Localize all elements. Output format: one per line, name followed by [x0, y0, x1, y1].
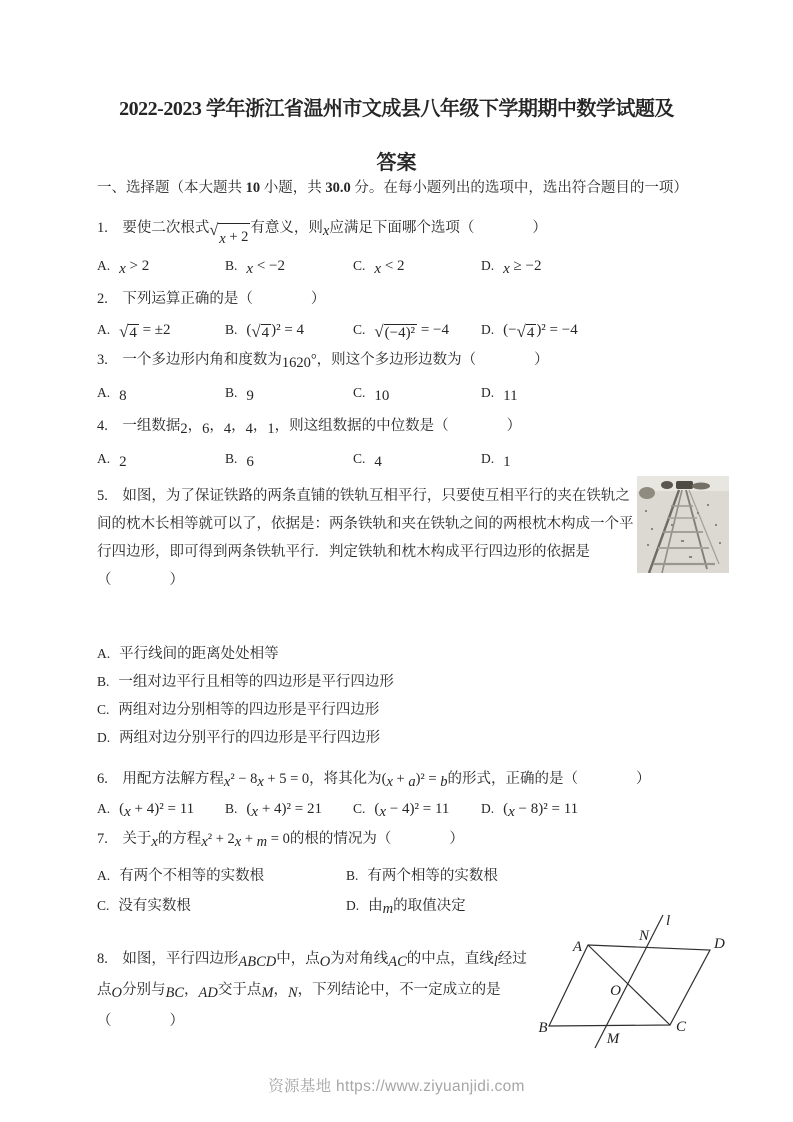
- q7-option-a: A.有两个不相等的实数根: [97, 864, 346, 885]
- option-label: D.: [481, 801, 494, 817]
- q1-option-a: A.x > 2: [97, 258, 225, 275]
- railway-tracks-photo: [637, 476, 729, 573]
- q5-options: A.平行线间的距离处处相等 B.一组对边平行且相等的四边形是平行四边形 C.两组…: [97, 644, 663, 748]
- option-label: C.: [353, 451, 365, 467]
- option-label: D.: [481, 258, 494, 274]
- q3-option-c: C.10: [353, 385, 481, 402]
- option-label: C.: [97, 898, 109, 914]
- option-text: 10: [374, 385, 389, 402]
- option-label: A.: [97, 451, 110, 467]
- option-label: A.: [97, 385, 110, 401]
- q5-stem: 5. 如图，为了保证铁路的两条直铺的铁轨互相平行，只要使互相平行的夹在铁轨之 间…: [97, 482, 663, 594]
- option-text: 两组对边分别相等的四边形是平行四边形: [118, 701, 379, 720]
- q3-options: A.8 B.9 C.10 D.11: [97, 385, 663, 402]
- q5-stem-line: （ ）: [97, 566, 663, 594]
- q3-option-a: A.8: [97, 385, 225, 402]
- option-label: B.: [225, 258, 237, 274]
- option-text: 一组对边平行且相等的四边形是平行四边形: [118, 673, 394, 692]
- option-label: C.: [353, 258, 365, 274]
- q7-stem: 7. 关于x的方程x² + 2x + m = 0的根的情况为（ ）: [97, 826, 663, 852]
- q1-stem: 1. 要使二次根式√x + 2有意义，则x应满足下面哪个选项（ ）: [97, 215, 663, 247]
- option-text: 11: [503, 385, 517, 402]
- option-label: A.: [97, 801, 110, 817]
- q2-option-d: D.(−√4)² = −4: [481, 320, 609, 339]
- option-text: 2: [119, 451, 127, 468]
- option-text: (x + 4)² = 11: [119, 801, 194, 818]
- line-l: [595, 915, 663, 1048]
- option-text: 8: [119, 385, 127, 402]
- option-label: B.: [97, 672, 109, 691]
- title-line-1: 2022-2023 学年浙江省温州市文成县八年级下学期期中数学试题及: [0, 92, 793, 121]
- option-label: B.: [225, 322, 237, 338]
- q4-options: A.2 B.6 C.4 D.1: [97, 451, 663, 468]
- vertex-label-b: B: [538, 1020, 547, 1036]
- option-text: 4: [374, 451, 382, 468]
- point-label-o: O: [610, 983, 621, 999]
- option-label: C.: [353, 322, 365, 338]
- q4-option-d: D.1: [481, 451, 609, 468]
- option-label: B.: [225, 801, 237, 817]
- vertex-label-c: C: [676, 1019, 687, 1035]
- q5-stem-line: 5. 如图，为了保证铁路的两条直铺的铁轨互相平行，只要使互相平行的夹在铁轨之: [97, 482, 663, 510]
- q6-option-b: B.(x + 4)² = 21: [225, 801, 353, 818]
- option-text: 两组对边分别平行的四边形是平行四边形: [119, 729, 380, 748]
- option-text: 6: [246, 451, 254, 468]
- option-label: C.: [353, 385, 365, 401]
- q1-option-d: D.x ≥ −2: [481, 258, 609, 275]
- q3-option-b: B.9: [225, 385, 353, 402]
- q5-stem-line: 间的枕木长相等就可以了，依据是：两条铁轨和夹在铁轨之间的两根枕木构成一个平: [97, 510, 663, 538]
- option-text: 没有实数根: [118, 894, 191, 915]
- q2-option-b: B.(√4)² = 4: [225, 320, 353, 339]
- q5-option-c: C.两组对边分别相等的四边形是平行四边形: [97, 700, 663, 720]
- option-text: (x − 4)² = 11: [374, 801, 449, 818]
- q4-option-a: A.2: [97, 451, 225, 468]
- diagonal-ac: [588, 945, 670, 1025]
- option-label: D.: [481, 385, 494, 401]
- option-text: (−√4)² = −4: [503, 320, 578, 339]
- q4-option-c: C.4: [353, 451, 481, 468]
- option-text: 有两个不相等的实数根: [119, 864, 264, 885]
- q4-option-b: B.6: [225, 451, 353, 468]
- q4-stem: 4. 一组数据2，6，4，4，1，则这组数据的中位数是（ ）: [97, 413, 663, 439]
- title-line-2: 答案: [0, 146, 793, 175]
- option-text: (x − 8)² = 11: [503, 801, 578, 818]
- option-text: 平行线间的距离处处相等: [119, 645, 279, 664]
- option-label: B.: [225, 451, 237, 467]
- q8-parallelogram-figure: A N l D O B M C: [533, 896, 785, 1074]
- option-text: √4 = ±2: [119, 320, 170, 339]
- option-label: D.: [481, 322, 494, 338]
- q1-options: A.x > 2 B.x < −2 C.x < 2 D.x ≥ −2: [97, 258, 663, 275]
- option-text: x ≥ −2: [503, 258, 541, 275]
- q6-option-a: A.(x + 4)² = 11: [97, 801, 225, 818]
- vertex-label-d: D: [713, 936, 725, 952]
- q7-option-c: C.没有实数根: [97, 894, 346, 915]
- footer-watermark: 资源基地 https://www.ziyuanjidi.com: [0, 1074, 793, 1096]
- q1-option-b: B.x < −2: [225, 258, 353, 275]
- q3-stem: 3. 一个多边形内角和度数为1620°，则这个多边形边数为（ ）: [97, 347, 663, 373]
- option-label: A.: [97, 258, 110, 274]
- point-label-n: N: [638, 928, 650, 944]
- q5-stem-line: 行四边形，即可得到两条铁轨平行．判定铁轨和枕木构成平行四边形的依据是: [97, 538, 663, 566]
- section-header: 一、选择题（本大题共 10 小题，共 30.0 分。在每小题列出的选项中，选出符…: [97, 178, 663, 198]
- q6-option-d: D.(x − 8)² = 11: [481, 801, 609, 818]
- point-label-m: M: [606, 1031, 621, 1047]
- q5-option-d: D.两组对边分别平行的四边形是平行四边形: [97, 728, 663, 748]
- option-label: B.: [225, 385, 237, 401]
- option-label: A.: [97, 868, 110, 884]
- option-text: √(−4)² = −4: [374, 320, 449, 339]
- line-label-l: l: [666, 913, 670, 929]
- option-text: 9: [246, 385, 254, 402]
- option-label: B.: [346, 868, 358, 884]
- q7-option-b: B.有两个相等的实数根: [346, 864, 595, 885]
- option-text: (√4)² = 4: [246, 320, 304, 339]
- q2-option-c: C.√(−4)² = −4: [353, 320, 481, 339]
- option-label: A.: [97, 644, 110, 663]
- q5-option-a: A.平行线间的距离处处相等: [97, 644, 663, 664]
- option-text: 由m的取值决定: [368, 894, 465, 915]
- option-text: x < 2: [374, 258, 404, 275]
- option-label: D.: [346, 898, 359, 914]
- q6-option-c: C.(x − 4)² = 11: [353, 801, 481, 818]
- exam-document-page: 2022-2023 学年浙江省温州市文成县八年级下学期期中数学试题及 答案 一、…: [0, 0, 793, 1122]
- option-label: A.: [97, 322, 110, 338]
- q1-option-c: C.x < 2: [353, 258, 481, 275]
- option-label: D.: [97, 728, 110, 747]
- q2-option-a: A.√4 = ±2: [97, 320, 225, 339]
- q5-option-b: B.一组对边平行且相等的四边形是平行四边形: [97, 672, 663, 692]
- q2-options: A.√4 = ±2 B.(√4)² = 4 C.√(−4)² = −4 D.(−…: [97, 320, 663, 339]
- q3-option-d: D.11: [481, 385, 609, 402]
- vertex-label-a: A: [572, 939, 583, 955]
- q6-stem: 6. 用配方法解方程x² − 8x + 5 = 0，将其化为(x + a)² =…: [97, 766, 663, 792]
- option-text: 1: [503, 451, 511, 468]
- q2-stem: 2. 下列运算正确的是（ ）: [97, 286, 663, 312]
- option-text: (x + 4)² = 21: [246, 801, 322, 818]
- document-title: 2022-2023 学年浙江省温州市文成县八年级下学期期中数学试题及 答案: [0, 92, 793, 175]
- option-text: x > 2: [119, 258, 149, 275]
- q6-options: A.(x + 4)² = 11 B.(x + 4)² = 21 C.(x − 4…: [97, 801, 663, 818]
- option-label: C.: [353, 801, 365, 817]
- option-text: x < −2: [246, 258, 285, 275]
- option-label: D.: [481, 451, 494, 467]
- option-label: C.: [97, 700, 109, 719]
- option-text: 有两个相等的实数根: [367, 864, 498, 885]
